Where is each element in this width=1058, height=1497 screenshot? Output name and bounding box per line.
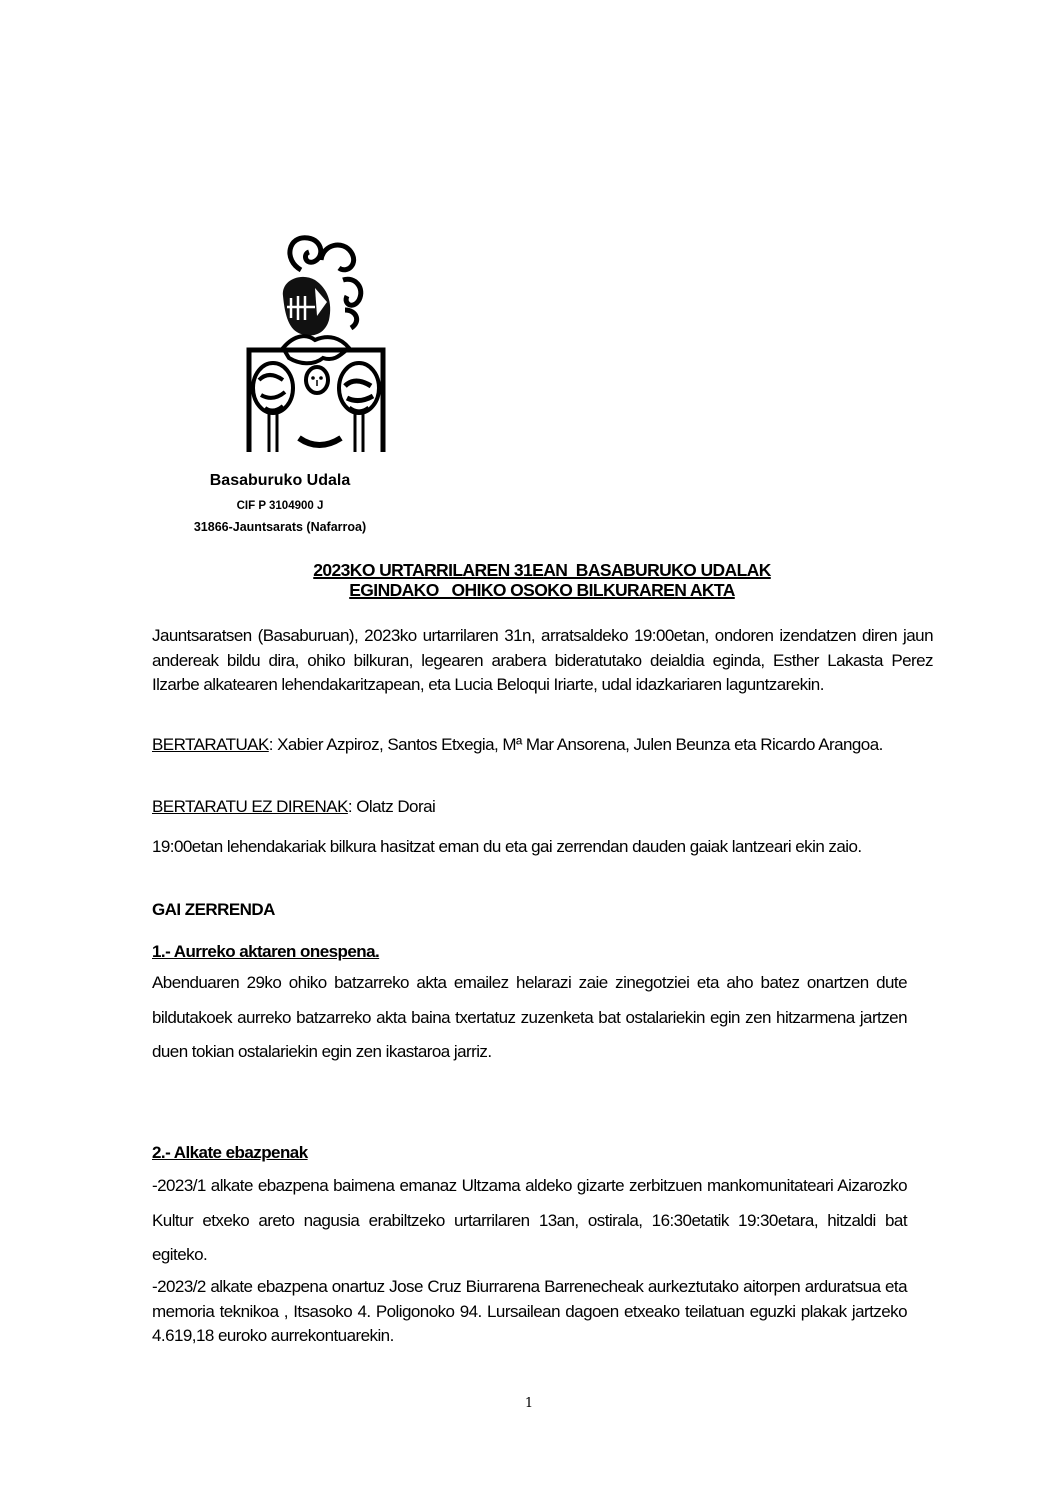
agenda-item-2-resolution-1: -2023/1 alkate ebazpena baimena emanaz U… — [152, 1169, 907, 1273]
agenda-item-2-heading: 2.- Alkate ebazpenak — [152, 1141, 933, 1166]
agenda-item-2-resolution-2: -2023/2 alkate ebazpena onartuz Jose Cru… — [152, 1275, 907, 1349]
page-number: 1 — [509, 1396, 549, 1411]
attendees-label: BERTARATUAK — [152, 735, 269, 754]
organization-address: 31866-Jauntsarats (Nafarroa) — [160, 520, 400, 534]
agenda-item-1-text: Abenduaren 29ko ohiko batzarreko akta em… — [152, 966, 907, 1070]
agenda-item-1-heading: 1.- Aurreko aktaren onespena. — [152, 940, 933, 965]
coat-of-arms-icon — [243, 230, 389, 452]
absent-paragraph: BERTARATU EZ DIRENAK: Olatz Dorai — [152, 795, 933, 820]
organization-name: Basaburuko Udala — [160, 472, 400, 490]
intro-paragraph: Jauntsaratsen (Basaburuan), 2023ko urtar… — [152, 624, 933, 698]
opening-paragraph: 19:00etan lehendakariak bilkura hasitzat… — [152, 835, 933, 860]
absent-label: BERTARATU EZ DIRENAK — [152, 797, 348, 816]
absent-list: : Olatz Dorai — [348, 797, 435, 816]
agenda-heading: GAI ZERRENDA — [152, 898, 933, 923]
attendees-list: : Xabier Azpiroz, Santos Etxegia, Mª Mar… — [269, 735, 883, 754]
organization-cif: CIF P 3104900 J — [160, 500, 400, 512]
title-line-1: 2023KO URTARRILAREN 31EAN BASABURUKO UDA… — [313, 560, 771, 580]
document-title: 2023KO URTARRILAREN 31EAN BASABURUKO UDA… — [150, 560, 934, 600]
document-page: Basaburuko Udala CIF P 3104900 J 31866-J… — [0, 0, 1058, 1497]
title-line-2: EGINDAKO OHIKO OSOKO BILKURAREN AKTA — [349, 580, 735, 600]
attendees-paragraph: BERTARATUAK: Xabier Azpiroz, Santos Etxe… — [152, 733, 933, 758]
